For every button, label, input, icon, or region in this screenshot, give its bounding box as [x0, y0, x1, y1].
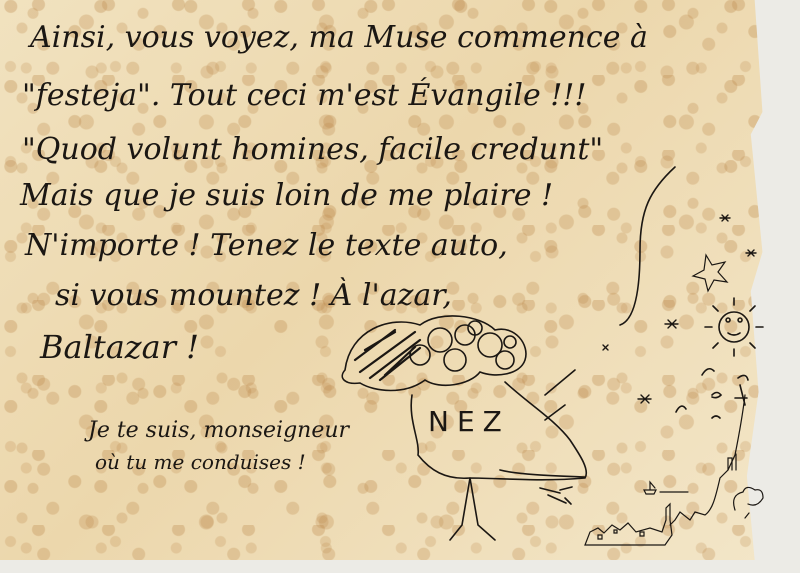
birds-icon	[676, 369, 748, 418]
ink-sketch	[0, 0, 800, 573]
scribble-hair-icon	[342, 316, 526, 391]
tree-icon	[734, 487, 763, 518]
sketch-label-nez: NEZ	[428, 405, 510, 438]
curve-line-icon	[620, 167, 675, 325]
small-stars-icon	[603, 215, 756, 403]
cliff-town-icon	[585, 395, 745, 545]
big-nose-figure-icon	[411, 370, 586, 540]
sailboat-icon	[644, 482, 688, 494]
sun-face-icon	[705, 298, 763, 356]
star-face-icon	[693, 255, 727, 291]
